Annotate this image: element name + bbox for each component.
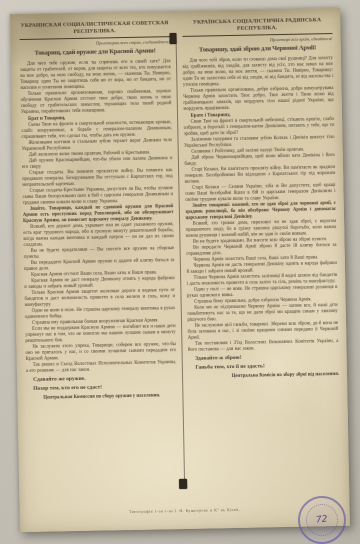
paragraph: Так решил и Съезд Волостных Исполнительн… [26, 360, 177, 375]
stamp-number: 72 [316, 514, 328, 525]
headline-ukrainian: Товаришу, здай зброю для Червоної Армії! [182, 44, 333, 55]
paragraph: Для чого тобі зброя, коли ти сховаєш дом… [182, 56, 333, 89]
signature-ukrainian: Центральна Комісія по збору зброї від на… [189, 372, 340, 381]
motto-ukrainian: Пролетарі всіх країн, єднайтеся! [182, 36, 333, 45]
column-russian: УКРАИНСКАЯ СОЦИАЛИСТИЧЕСКАЯ СОВЕТСКАЯ РЕ… [19, 20, 179, 502]
motto-russian: Пролетарии всех стран, соединяйтесь! [20, 39, 171, 48]
column-ukrainian: УКРАЇНСЬКА СОЦІАЛІСТИЧНА РАДЯНСЬКА РЕСПУ… [182, 17, 342, 499]
two-column-text-block: УКРАИНСКАЯ СОЦИАЛИСТИЧЕСКАЯ СОВЕТСКАЯ РЕ… [19, 17, 341, 502]
masthead-russian: УКРАИНСКАЯ СОЦИАЛИСТИЧЕСКАЯ СОВЕТСКАЯ РЕ… [19, 20, 170, 39]
headline-russian: Товарищ, сдай оружие для Красной Армии! [20, 47, 171, 58]
paragraph: Только правильно организованная, хорошо … [21, 89, 172, 116]
slogan-russian-2: Позор тем, кто его не сдаст! [26, 383, 177, 393]
masthead-ukrainian: УКРАЇНСЬКА СОЦІАЛІСТИЧНА РАДЯНСЬКА РЕСПУ… [182, 17, 333, 36]
slogan-ukrainian-2: Ганьба тим, хто її не здасть! [188, 361, 339, 371]
scan-backdrop: УКРАИНСКАЯ СОЦИАЛИСТИЧЕСКАЯ СОВЕТСКАЯ РЕ… [0, 0, 360, 544]
signature-russian: Центральная Комиссия по сбору оружия у н… [26, 393, 177, 402]
paragraph: Для чего тебе оружие, если ты спрячешь е… [20, 59, 171, 92]
paragraph: Всякий, кто держит дома, укрывает или не… [23, 222, 174, 249]
leaflet-paper: УКРАИНСКАЯ СОЦИАЛИСТИЧЕСКАЯ СОВЕТСКАЯ РЕ… [10, 8, 350, 532]
paragraph: Тільки правильно організована, добре озб… [183, 86, 334, 113]
paragraph: Так постановив і З'їзд Волостних Виконав… [188, 339, 339, 354]
